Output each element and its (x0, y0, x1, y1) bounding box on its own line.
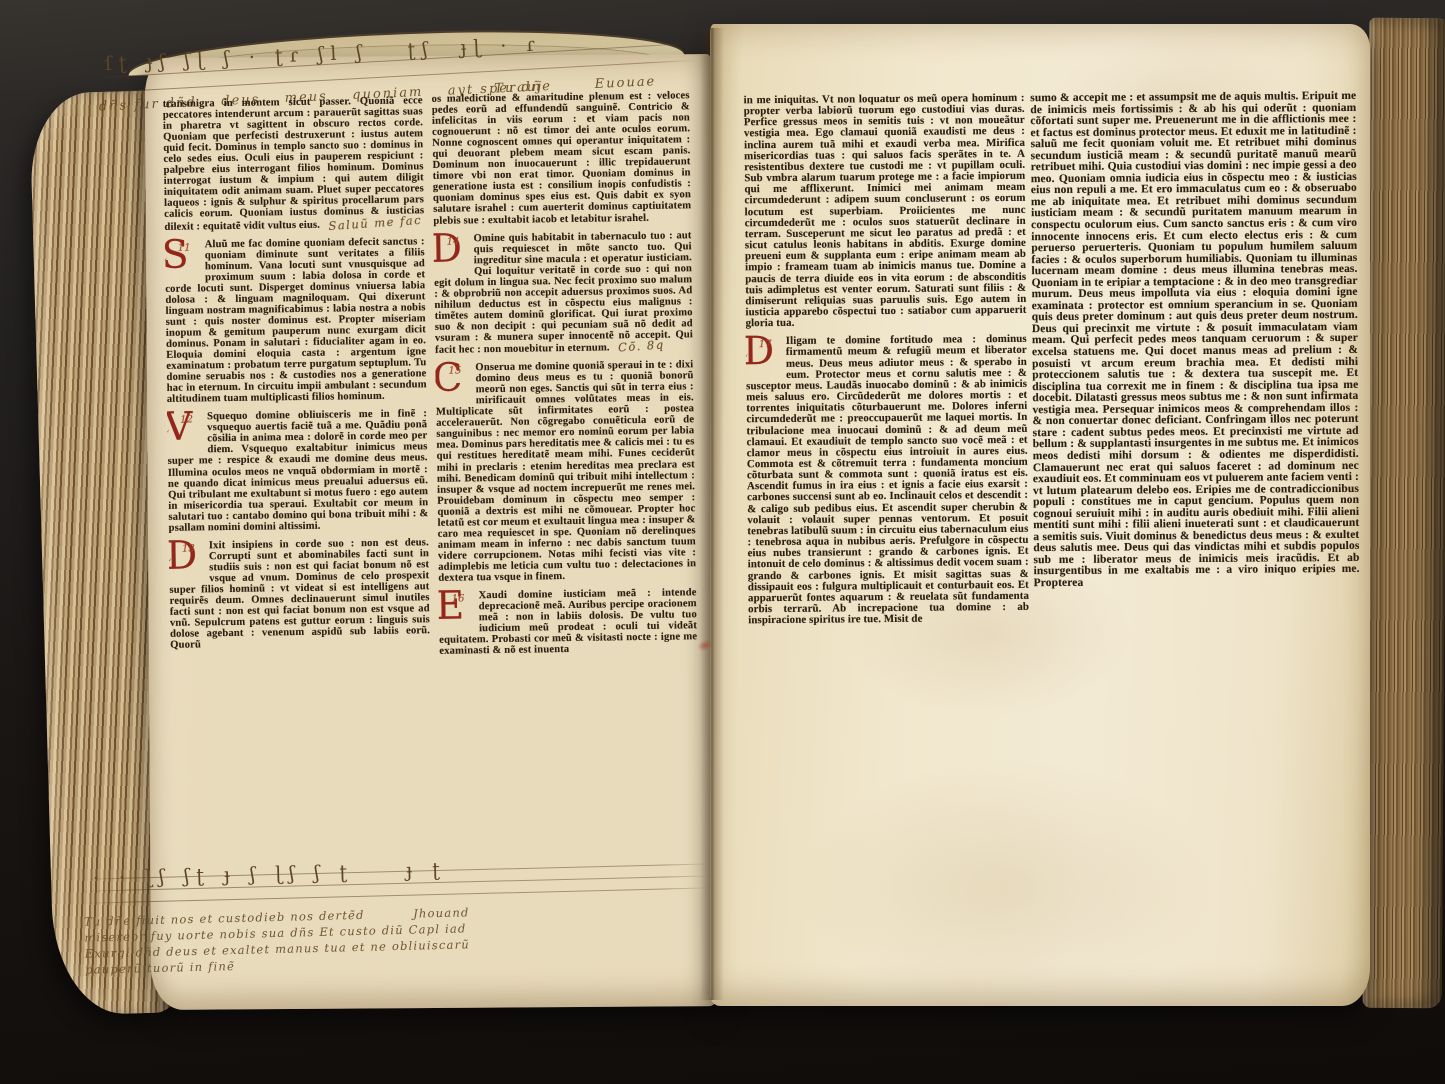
psalm-14: D14 Omine quis habitabit in tabernaculo … (434, 230, 694, 356)
illuminated-initial: D13 (169, 541, 204, 574)
printed-text: Xaudi domine iusticiam meã : intende dep… (439, 587, 697, 657)
illuminated-initial: E16 (439, 591, 474, 624)
psalm-13-ending: os maledictione & amaritudine plenum est… (432, 90, 692, 226)
psalm-17: D17 Iligam te domine fortitudo mea : dom… (746, 334, 1030, 627)
psalm-number-annotation: 11 (178, 243, 191, 253)
printed-text: in me iniquitas. Vt non loquatur os meũ … (744, 93, 1027, 330)
psalm-number-annotation: 14 (447, 237, 460, 247)
psalm-number-annotation: 15 (448, 367, 461, 377)
handwritten-note-block: Tu dñe fiuit nos et custodieb nos dertẽd… (84, 904, 471, 977)
printed-text: Omine quis habitabit in tabernaculo tuo … (434, 230, 693, 356)
psalm-number-annotation: 16 (452, 594, 465, 604)
printed-text: Ixit insipiens in corde suo : non est de… (169, 537, 430, 651)
psalm-17-continuation: sumo & accepit me : et assumpsit me de a… (1030, 91, 1359, 590)
text-column-4: sumo & accepit me : et assumpsit me de a… (1030, 91, 1362, 891)
psalm-16: E16 Xaudi domine iusticiam meã : intende… (439, 587, 698, 657)
right-fore-edge-pages (1363, 18, 1445, 1009)
printed-text: os maledictione & amaritudine plenum est… (432, 90, 692, 226)
psalm-10-ending: transmigra in montem sicut passer. Quoni… (163, 95, 425, 232)
photo-of-incunable-book: ſʈ ɟʃ ʃɭ ʃ · ʈɾ ʃl ʃ ʈʃ ɟɭ · ɾ dñs fur d… (0, 0, 1445, 1084)
psalm-16-ending: in me iniquitas. Vt non loquatur os meũ … (744, 93, 1027, 330)
neume-staff-line (84, 887, 714, 903)
printed-text: Aluũ me fac domine quoniam defecit sanct… (165, 236, 427, 405)
printed-text: Squequo domine obliuisceris me in finẽ :… (168, 408, 429, 533)
handwritten-incipit-cue: Cõ. 8q (618, 339, 665, 353)
printed-text: transmigra in montem sicut passer. Quoni… (163, 95, 425, 232)
text-column-1: transmigra in montem sicut passer. Quoni… (163, 95, 434, 871)
psalm-13: D13 Ixit insipiens in corde suo : non es… (169, 537, 431, 651)
printed-text: sumo & accepit me : et assumpsit me de a… (1030, 91, 1359, 589)
psalm-12: V12 Squequo domine obliuisceris me in fi… (167, 408, 429, 533)
psalm-number-annotation: 12 (180, 416, 193, 426)
illuminated-initial: D14 (434, 234, 469, 267)
illuminated-initial: S11 (165, 240, 200, 273)
psalm-11: S11 Aluũ me fac domine quoniam defecit s… (165, 236, 427, 405)
text-column-2: os maledictione & amaritudine plenum est… (432, 90, 701, 874)
psalm-number-annotation: 17 (759, 340, 772, 350)
printed-text: Onserua me domine quoniã speraui in te :… (436, 359, 696, 583)
illuminated-initial: D17 (746, 337, 781, 370)
bottom-margin-annotation: · · ɭʃ ʃʈ ɟ ʃ ɭʃ ʃ ʈ ɟ ʈ Tu dñe fiuit no… (83, 852, 716, 985)
printed-text: Iligam te domine fortitudo mea : dominus… (746, 333, 1029, 626)
psalm-number-annotation: 13 (182, 544, 195, 554)
illuminated-initial: C15 (435, 363, 470, 396)
psalm-15: C15 Onserua me domine quoniã speraui in … (435, 359, 696, 584)
text-column-3: in me iniquitas. Vt non loquatur os meũ … (744, 93, 1032, 875)
illuminated-initial: V12 (167, 413, 202, 446)
